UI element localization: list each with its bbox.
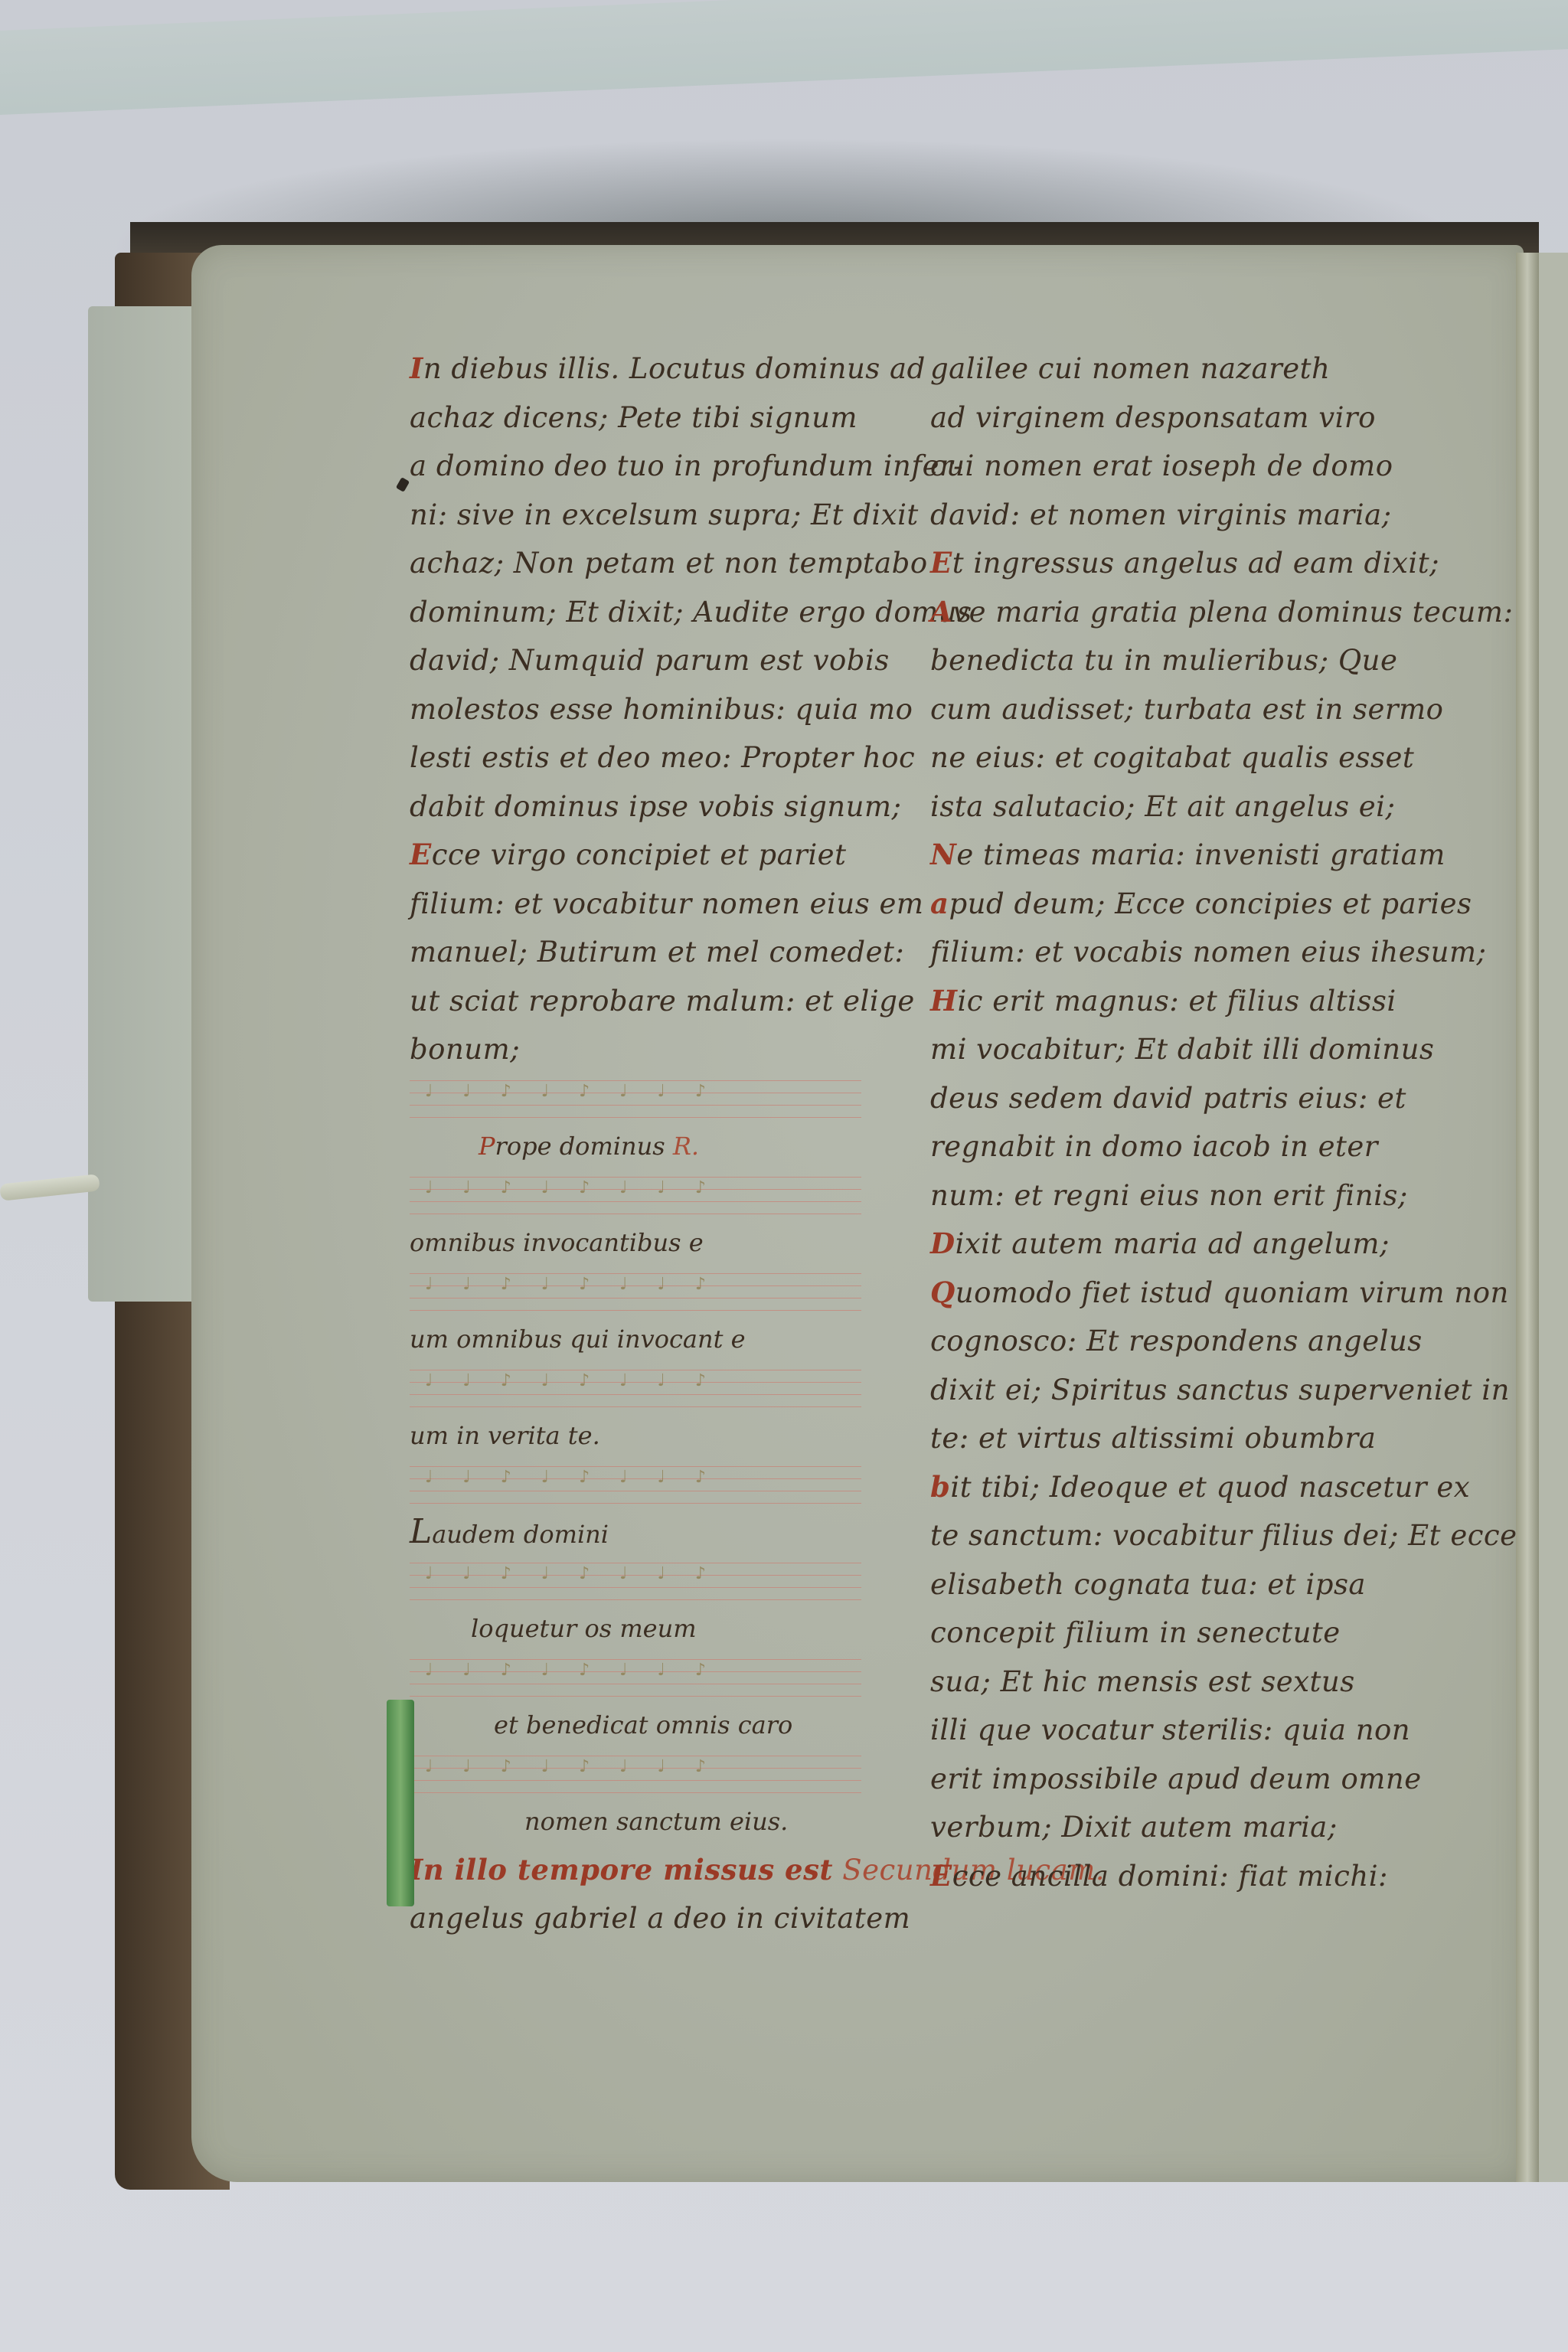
- staff-line: [410, 1298, 861, 1298]
- text-line: manuel; Butirum et mel comedet:: [410, 928, 907, 977]
- text-line: Et ingressus angelus ad eam dixit;: [930, 539, 1466, 588]
- staff-line: [410, 1503, 861, 1504]
- text-line: ne eius: et cogitabat qualis esset: [930, 733, 1466, 782]
- text-line: apud deum; Ecce concipies et paries: [930, 880, 1466, 929]
- staff-line: [410, 1394, 861, 1395]
- book-gutter: [1516, 253, 1539, 2182]
- staff-line: [410, 1491, 861, 1491]
- staff-line: [410, 1310, 861, 1311]
- text-line: bit tibi; Ideoque et quod nascetur ex: [930, 1463, 1466, 1512]
- staff-line: [410, 1563, 861, 1563]
- text-line: achaz dicens; Pete tibi signum: [410, 394, 907, 443]
- chant-notation-block: ♩ ♩ ♪ ♩ ♪ ♩ ♩ ♪Prope dominus R.♩ ♩ ♪ ♩ ♪…: [410, 1074, 907, 1846]
- text-line: filium: et vocabitur nomen eius em: [410, 880, 907, 929]
- rubricated-initial: I: [410, 351, 423, 385]
- binding-tie-string: [0, 1174, 100, 1200]
- text-line: david: et nomen virginis maria;: [930, 491, 1466, 540]
- staff-line: [410, 1117, 861, 1118]
- neume-notation: ♩ ♩ ♪ ♩ ♪ ♩ ♩ ♪: [425, 1757, 718, 1776]
- rubricated-initial: Q: [930, 1276, 955, 1309]
- left-column: In diebus illis. Locutus dominus adachaz…: [410, 345, 907, 1943]
- text-line: regnabit in domo iacob in eter: [930, 1122, 1466, 1171]
- rubricated-initial: E: [930, 1859, 952, 1893]
- text-line: dixit ei; Spiritus sanctus superveniet i…: [930, 1366, 1466, 1415]
- rubricated-initial: H: [930, 984, 957, 1018]
- staff-line: [410, 1756, 861, 1756]
- text-line: elisabeth cognata tua: et ipsa: [930, 1560, 1466, 1609]
- music-staff: ♩ ♩ ♪ ♩ ♪ ♩ ♩ ♪: [410, 1267, 907, 1315]
- music-staff: ♩ ♩ ♪ ♩ ♪ ♩ ♩ ♪: [410, 1653, 907, 1700]
- chant-text-line: loquetur os meum: [410, 1604, 907, 1653]
- staff-line: [410, 1792, 861, 1793]
- rubricated-initial: N: [930, 838, 956, 871]
- text-line: ad virginem desponsatam viro: [930, 394, 1466, 443]
- neume-notation: ♩ ♩ ♪ ♩ ♪ ♩ ♩ ♪: [425, 1275, 718, 1294]
- text-line: bonum;: [410, 1025, 907, 1074]
- rubricated-initial: E: [930, 546, 952, 580]
- neume-notation: ♩ ♩ ♪ ♩ ♪ ♩ ♩ ♪: [425, 1564, 718, 1583]
- text-line: In diebus illis. Locutus dominus ad: [410, 345, 907, 394]
- chant-text-line: um omnibus qui invocant e: [410, 1315, 907, 1364]
- staff-line: [410, 1201, 861, 1202]
- text-line: achaz; Non petam et non temptabo: [410, 539, 907, 588]
- text-line: dabit dominus ipse vobis signum;: [410, 782, 907, 831]
- staff-line: [410, 1214, 861, 1214]
- text-line: cognosco: Et respondens angelus: [930, 1317, 1466, 1366]
- chant-text-line: omnibus invocantibus e: [410, 1218, 907, 1267]
- backdrop-paper-strip: [0, 0, 1568, 115]
- text-line: Hic erit magnus: et filius altissi: [930, 977, 1466, 1026]
- text-line: concepit filium in senectute: [930, 1609, 1466, 1658]
- left-text-block: In diebus illis. Locutus dominus adachaz…: [410, 345, 907, 1074]
- right-column: galilee cui nomen nazarethad virginem de…: [930, 345, 1466, 1900]
- text-line: verbum; Dixit autem maria;: [930, 1803, 1466, 1852]
- staff-line: [410, 1080, 861, 1081]
- text-line: a domino deo tuo in profundum infer-: [410, 442, 907, 491]
- right-text-block: galilee cui nomen nazarethad virginem de…: [930, 345, 1466, 1900]
- gospel-incipit-text: In illo tempore missus est: [410, 1853, 833, 1886]
- staff-line: [410, 1780, 861, 1781]
- chant-text-line: Laudem domini: [410, 1508, 907, 1557]
- text-line: Quomodo fiet istud quoniam virum non: [930, 1269, 1466, 1318]
- green-initial-letter-I: [387, 1700, 414, 1906]
- text-line: dominum; Et dixit; Audite ergo domus: [410, 588, 907, 637]
- facing-page-edge: [1539, 253, 1568, 2182]
- chant-text-line: um in verita te.: [410, 1411, 907, 1460]
- chant-text-line: nomen sanctum eius.: [410, 1797, 907, 1846]
- rubricated-initial: E: [410, 838, 432, 871]
- neume-notation: ♩ ♩ ♪ ♩ ♪ ♩ ♩ ♪: [425, 1082, 718, 1101]
- text-line: cui nomen erat ioseph de domo: [930, 442, 1466, 491]
- staff-line: [410, 1659, 861, 1660]
- text-line: deus sedem david patris eius: et: [930, 1074, 1466, 1123]
- staff-line: [410, 1406, 861, 1407]
- staff-line: [410, 1370, 861, 1370]
- neume-notation: ♩ ♩ ♪ ♩ ♪ ♩ ♩ ♪: [425, 1178, 718, 1197]
- text-line: benedicta tu in mulieribus; Que: [930, 636, 1466, 685]
- text-line: illi que vocatur sterilis: quia non: [930, 1706, 1466, 1755]
- rubricated-initial: b: [930, 1470, 950, 1504]
- text-line: sua; Et hic mensis est sextus: [930, 1658, 1466, 1707]
- text-line: Ne timeas maria: invenisti gratiam: [930, 831, 1466, 880]
- text-line: erit impossibile apud deum omne: [930, 1755, 1466, 1804]
- music-staff: ♩ ♩ ♪ ♩ ♪ ♩ ♩ ♪: [410, 1364, 907, 1411]
- gospel-incipit-line: In illo tempore missus est Secundum luca…: [410, 1846, 907, 1895]
- staff-line: [410, 1105, 861, 1106]
- text-line: cum audisset; turbata est in sermo: [930, 685, 1466, 734]
- text-line: Ecce ancilla domini: fiat michi:: [930, 1852, 1466, 1901]
- chant-text-line: et benedicat omnis caro: [410, 1700, 907, 1749]
- text-line: david; Numquid parum est vobis: [410, 636, 907, 685]
- text-line: Dixit autem maria ad angelum;: [930, 1220, 1466, 1269]
- music-staff: ♩ ♩ ♪ ♩ ♪ ♩ ♩ ♪: [410, 1557, 907, 1604]
- text-line: lesti estis et deo meo: Propter hoc: [410, 733, 907, 782]
- staff-line: [410, 1684, 861, 1684]
- gospel-line-2: angelus gabriel a deo in civitatem: [410, 1894, 907, 1943]
- text-line: te sanctum: vocabitur filius dei; Et ecc…: [930, 1511, 1466, 1560]
- rubricated-initial: A: [930, 595, 952, 629]
- staff-line: [410, 1587, 861, 1588]
- text-line: Ecce virgo concipiet et pariet: [410, 831, 907, 880]
- staff-line: [410, 1696, 861, 1697]
- neume-notation: ♩ ♩ ♪ ♩ ♪ ♩ ♩ ♪: [425, 1661, 718, 1680]
- text-line: ista salutacio; Et ait angelus ei;: [930, 782, 1466, 831]
- staff-line: [410, 1273, 861, 1274]
- text-line: filium: et vocabis nomen eius ihesum;: [930, 928, 1466, 977]
- text-line: ni: sive in excelsum supra; Et dixit: [410, 491, 907, 540]
- responsory-mark: R.: [673, 1132, 699, 1161]
- staff-line: [410, 1466, 861, 1467]
- text-line: ut sciat reprobare malum: et elige: [410, 977, 907, 1026]
- text-line: Ave maria gratia plena dominus tecum:: [930, 588, 1466, 637]
- chant-initial-L: L: [410, 1512, 432, 1551]
- text-line: molestos esse hominibus: quia mo: [410, 685, 907, 734]
- staff-line: [410, 1177, 861, 1178]
- neume-notation: ♩ ♩ ♪ ♩ ♪ ♩ ♩ ♪: [425, 1468, 718, 1487]
- music-staff: ♩ ♩ ♪ ♩ ♪ ♩ ♩ ♪: [410, 1460, 907, 1508]
- rubricated-initial: a: [930, 887, 949, 920]
- music-staff: ♩ ♩ ♪ ♩ ♪ ♩ ♩ ♪: [410, 1171, 907, 1218]
- text-line: te: et virtus altissimi obumbra: [930, 1414, 1466, 1463]
- rubricated-initial: D: [930, 1227, 955, 1260]
- music-staff: ♩ ♩ ♪ ♩ ♪ ♩ ♩ ♪: [410, 1074, 907, 1122]
- text-line: num: et regni eius non erit finis;: [930, 1171, 1466, 1220]
- staff-line: [410, 1599, 861, 1600]
- music-staff: ♩ ♩ ♪ ♩ ♪ ♩ ♩ ♪: [410, 1749, 907, 1797]
- text-line: mi vocabitur; Et dabit illi dominus: [930, 1025, 1466, 1074]
- text-line: galilee cui nomen nazareth: [930, 345, 1466, 394]
- chant-incipit: Prope dominus R.: [410, 1122, 907, 1171]
- neume-notation: ♩ ♩ ♪ ♩ ♪ ♩ ♩ ♪: [425, 1371, 718, 1390]
